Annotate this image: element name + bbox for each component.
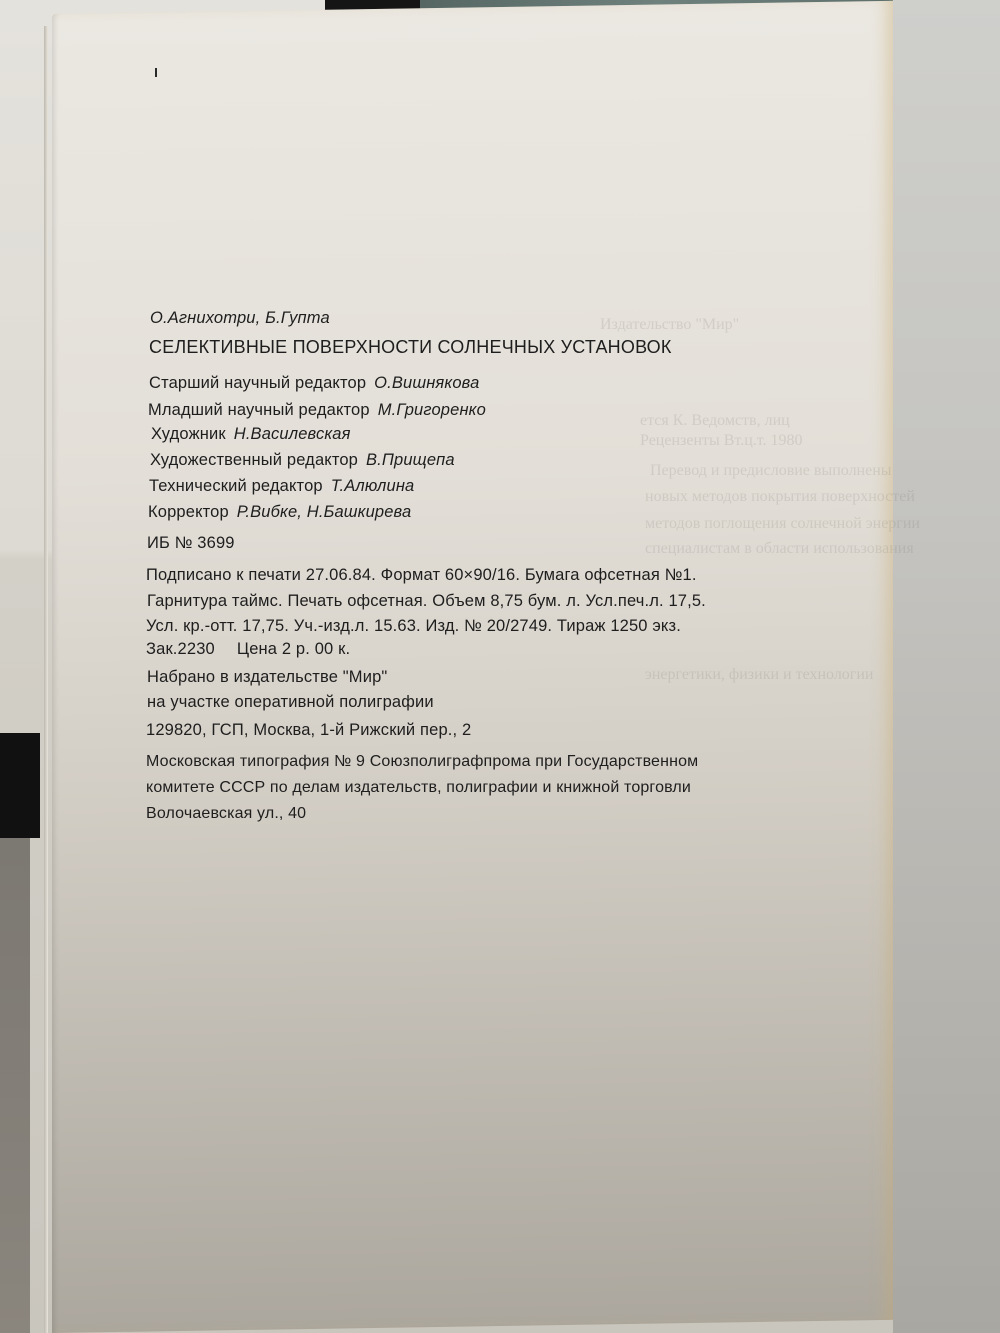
show-through-text: специалистам в области использования bbox=[645, 540, 914, 558]
price: Цена 2 р. 00 к. bbox=[237, 640, 350, 658]
ib-number: ИБ № 3699 bbox=[147, 535, 235, 552]
staff-role: Корректор bbox=[148, 503, 229, 521]
printer-address: Волочаевская ул., 40 bbox=[146, 806, 306, 822]
show-through-text: Перевод и предисловие выполнены bbox=[650, 462, 892, 480]
order-number: Зак.2230 bbox=[146, 640, 215, 658]
page-mark bbox=[155, 68, 157, 77]
staff-name: Н.Василевская bbox=[234, 425, 351, 443]
typeset-address: 129820, ГСП, Москва, 1-й Рижский пер., 2 bbox=[146, 722, 471, 739]
page-stack-edge bbox=[44, 26, 48, 1333]
staff-name: Т.Алюлина bbox=[331, 477, 415, 495]
show-through-text: ется К. Ведомств, лиц bbox=[640, 412, 790, 430]
staff-name: М.Григоренко bbox=[378, 401, 486, 419]
typeset-line: Набрано в издательстве "Мир" bbox=[147, 669, 387, 686]
staff-line: Технический редакторТ.Алюлина bbox=[149, 478, 414, 495]
show-through-text: энергетики, физики и технологии bbox=[645, 666, 874, 684]
typeset-line: на участке оперативной полиграфии bbox=[147, 694, 434, 711]
staff-role: Младший научный редактор bbox=[148, 401, 370, 419]
publication-detail: Гарнитура таймс. Печать офсетная. Объем … bbox=[147, 593, 706, 610]
staff-line: Младший научный редакторМ.Григоренко bbox=[148, 402, 486, 419]
staff-name: О.Вишнякова bbox=[374, 374, 479, 392]
book-title: СЕЛЕКТИВНЫЕ ПОВЕРХНОСТИ СОЛНЕЧНЫХ УСТАНО… bbox=[149, 338, 672, 356]
staff-role: Художественный редактор bbox=[150, 451, 358, 469]
printer-line: комитете СССР по делам издательств, поли… bbox=[146, 780, 691, 796]
facing-page-edge bbox=[893, 0, 1000, 1333]
staff-role: Старший научный редактор bbox=[149, 374, 366, 392]
background-gray-fabric bbox=[0, 838, 30, 1333]
staff-name: В.Прищепа bbox=[366, 451, 455, 469]
show-through-text: Рецензенты Вт.ц.т. 1980 bbox=[640, 432, 803, 450]
background-dark-patch bbox=[0, 733, 40, 838]
show-through-text: методов поглощения солнечной энергии bbox=[645, 515, 920, 533]
staff-line: Старший научный редакторО.Вишнякова bbox=[149, 375, 479, 392]
staff-line: Художественный редакторВ.Прищепа bbox=[150, 452, 455, 469]
publication-detail: Подписано к печати 27.06.84. Формат 60×9… bbox=[146, 567, 697, 584]
order-price-line: Зак.2230Цена 2 р. 00 к. bbox=[146, 641, 350, 658]
staff-line: ХудожникН.Василевская bbox=[151, 426, 351, 443]
printer-line: Московская типография № 9 Союзполиграфпр… bbox=[146, 754, 698, 770]
authors: О.Агнихотри, Б.Гупта bbox=[150, 310, 330, 327]
show-through-text: Издательство "Мир" bbox=[600, 316, 739, 334]
staff-line: КорректорР.Вибке, Н.Башкирева bbox=[148, 504, 411, 521]
show-through-text: новых методов покрытия поверхностей bbox=[645, 488, 915, 506]
publication-detail: Усл. кр.-отт. 17,75. Уч.-изд.л. 15.63. И… bbox=[146, 618, 681, 635]
staff-role: Технический редактор bbox=[149, 477, 323, 495]
staff-role: Художник bbox=[151, 425, 226, 443]
staff-name: Р.Вибке, Н.Башкирева bbox=[237, 503, 411, 521]
